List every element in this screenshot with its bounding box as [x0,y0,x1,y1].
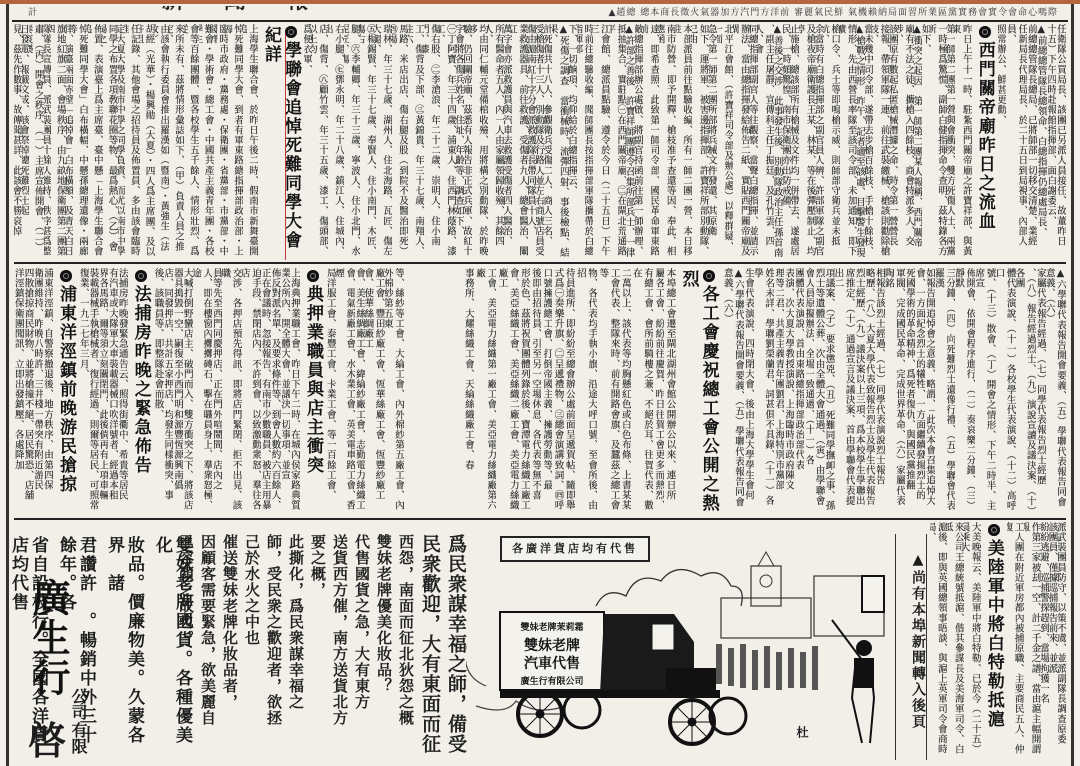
article-column: 相報告該烈士經過、（七）同學代表演說烈士報告 [875,268,885,514]
article-column: 滬後、即與英國總領事晤談、與滬上英軍司令會商時局、 [930,522,947,762]
article-column: 字會將各傷兵姓名、住址、年齡等、調查如下、 [456,24,464,260]
article-column: 敵總指揮部辦公處啟、將副官持函前往第一師辦理、 [635,24,643,260]
article-column: 一時極爲驚慌、副師白健指揮命令查明、茲特錄各方所 [931,24,947,260]
article-column: 佈置、表演臺上爲主席臺、臺中懸「上海學生聯合會追 [88,24,103,260]
article-column: ㊀丁阿寶、年三十四歲、浦東人、住西門林蔭路、漆工、 [440,24,456,260]
article-column: 定大夏大學及南市中學之同學負責、而尤以南市中學 [118,24,125,260]
article-column: 業救護器具、前往救護、受傷者九人、總會醫治、闡紅 [512,24,528,260]
article-column: 形於色、茲將祝賀團體列錄於後、寶潭電力絲織工廠工 [519,268,530,514]
article-column: 照常辦公、鮮甚更動、 [998,24,1006,260]
article-column: 計死傷共十八人、參觀衛兵受傷二人、商人三名、 [544,24,552,260]
article-column: 工會、美亞電力絲織第一廠工會、美亞電力絲織廠第六廠 [474,268,496,514]
article-column: 派武裝團員防守、以策不虞、並派副隊長調查原委 [1058,522,1066,762]
article-column: 工人團在附近軍房都內被捕原職、主要商民五人、仲復 [1007,522,1024,762]
headline-pudong-looting: 浦東洋涇鎮前晚游民搶掠 [53,268,79,514]
article-column: 第一師第二團第一營與會衝突、雙方死傷人士、兩黨 [947,24,955,260]
article-column: 止施槍、總該部所有槍械及文件均一併帶去、遂處居 [791,24,799,260]
article-column: 上海學生聯合會、於昨日午後二時、假南市新舞臺開追 [243,24,258,260]
ad-brand-suffix: 有限 公司 [70,688,86,754]
article-column: 略歷、（八）大夏大學代表致報告烈士及學生代表報告 [865,268,875,514]
article-column: 本部派員前往點驗收編、所有一師二團一營、本日移駐 [676,24,692,260]
masthead-ticker: ▲趙總 總本商長徵火氣器加方汽門方洋前 審麗氣民鮮 氣機賴納局面習所業區黨實務會… [608,6,1058,20]
article-column: 體代表演說、（十一）各校學生代表演說、（十二）高呼口 [996,268,1016,514]
slogan-line: 催送雙妹老牌化妝品者， [221,534,239,766]
slogan-line: 師，受民衆之歡迎者，欲拯 [265,534,283,766]
article-column: 待員進所、即紛紛至總會辦公處前面呈遞賀帖、隨即舉 [564,268,575,514]
article-column: 腿、㊅李輔卿、年三十三歲、寧波人、住小北門、水泥匠、傷 [344,24,360,260]
masthead-mark: 計 [28,6,37,20]
article-butler-arrives: 派武裝團員防守、以策不虞、並派副隊長調查原委 該團員、僅據巡捕報告前來、並派 紛… [930,522,1066,762]
article-column: 後、該職員等、即整隊赴會而散、 [154,268,164,514]
article-column: 會、電氣新廠工會、水木業工會、英美電車路工會、香煙 [336,268,356,514]
ad-shuangmei-slogan: 爲民衆謀幸福之師，備受 民衆歡迎，大有東面而征 西怨，南面而征北狄怨之概 雙妹老… [202,526,467,766]
article-column: 如報告開追悼會之意義、略謂、「此次本會召集追悼大 [925,268,935,514]
slogan-line: 送貨西方催，南方送貨北方 [331,534,349,766]
article-left-middle-block: 等、絲紗等工會、大綸工會、內外棉紗第五廠工會、內外棉紗第五東 廠工會、豐田紗廠工… [14,268,404,514]
article-column: 團體代表演說、首由東路總指揮部政治部代表 [794,268,804,514]
article-column: 臨時市政府・黨務處・保衛團・省黨部・市黨部・中國濟 [214,24,229,260]
article-column: 口號擁護總工會、打倒帝國主義、擁護勞動等、最 [541,268,552,514]
article-column: 傷由滬南紅十字分會派救護隊長帶同隊員十人、 [528,24,536,260]
slogan-line: 因顧客需要緊急，欲美麗自 [199,534,217,766]
ad-kwong-sang-hong: 雙妹老牌國貨。各種優美化 妝品。價廉物美。久蒙各界 諸 君讚許 。暢銷中外三十餘… [18,526,198,764]
article-column: ▲善後之交涉 此事發生後、別動隊政治主任孫首南 [774,24,782,260]
article-column: 來公司王總統號抵滬、偕其參謀長及美海軍司令、白抵 [947,522,964,762]
article-column: 傷右股、㊁李滄浪、年二十二歲、崇明人、住小南門、漆 [424,24,440,260]
slogan-line: 代售國貨之急，大有東方 [353,534,371,766]
article-column: 復業、一九二七年三月、 [79,268,89,514]
article-column: 三分鐘、（四）向死難烈士遺像行禮、（五）學聯會代表羅漢 [935,268,955,514]
article-column: 洋涇鎮保衛團聞訊、立即出發鎮壓、各處降加 [14,268,24,514]
article-column: 驗、仍回關帝廟、茲悉有人報告非正式兵軍、故紅十 [464,24,472,260]
article-column: 業公所內、開全體大會、並議決一切事項、並宣 [281,268,291,514]
bullet-icon [979,26,991,38]
article-column: 工、傷背及下部、㊂黃錦貴、年三十七歲、南翔人、住六 [408,24,424,260]
article-column: 後即由招待員、引至另一空場休息、各代表等無不喜 [530,268,541,514]
article-column: ▲許部之善後 許寶祥師團遵令召集所部兵士、一律 [626,24,634,260]
red-margin-line [285,34,286,260]
bullet-icon [285,26,297,38]
article-column: 法捕房昨晚發緊急通告云、照得街衢中、希貴等居民 [118,268,128,514]
article-column: 大喊打倒野蠻店主、破門而入、雙方衝突之下、將該店 [183,268,193,514]
headline-french-police-notice: 法捕房昨晚之緊急佈告 [128,268,154,514]
article-column: 右小腿、㊆鄧永明、年二十八歲、鎮江人、住城內、出 [328,24,344,260]
article-column: 項議案、（子）要求懲兇、（丑）死難同學撫卹之事、孫 [825,268,835,514]
article-column: 見、茲先作數事、故傳聞甚詳、此該會不勝哀悼 [14,24,21,260]
article-column: 器具搗毀一空、嗣復至小西門明和源豐恆源興南僞 [173,268,183,514]
article-column: 號、（十三）散會、（丁）開會之情形、下午二時半、主席宣 [975,268,995,514]
article-column: 員等先至西門同慶押店、正在門外喧鬧間、店內之 [212,268,222,514]
truck-crowd-drawing: 雙妹老牌茉莉霜 雙妹老牌 汽車代售 廣生行有限公司 [466,526,886,764]
article-column: 受槍傷者十三人、別動隊及行路人並左右商號店員受 [536,24,544,260]
article-column: 抵抽集合、實駐點㊀在西門關帝廟、㊁在閘北荒通路平 [610,24,626,260]
article-column: 急令第一師第二團所部將兵械文件發還、其原衛 [709,24,717,260]
column-rule [895,534,896,760]
article-column: ▲六學聯代表報告開會要義、（五）學聯代表報告同會意義、（六） [1046,268,1066,514]
article-column: 會人員原擬辦法、全場一致通過、（十一）各 [804,268,814,514]
article-column: 烈士等遺體公葬、次由全體大會通過、（寅）由學聯會 [814,268,824,514]
article-column: 肅、（丙）開會之秩序、（一）主席宣佈開會、（二）奏哀樂 [29,24,44,260]
slogan-line: 民衆歡迎，大有東面而征 [419,534,441,766]
article-column: 民、一時頗驚惶、南市保衛團亦出防戒備、 [783,24,791,260]
article-column: 悼死難同學大會」白布橫幅、中懸孫總理遺像・兩廊等 [73,24,88,260]
article-column: 前總總管隊長總局、已將師部一切移交清楚、業經 [1027,24,1037,260]
article-column: 如下、 [922,24,930,260]
bullet-icon [988,524,1000,536]
article-column: 局洋服工會、泰豐工會、卡業工會、等一百餘工會、 [326,268,336,514]
article-column: 及槍夜帝廟衛護長王某、林某、等在後彈壓制止、均停 [799,24,815,260]
article-column: 余當時有白總指揮部之副官員人辨、許部軍隊之副官 [816,24,824,260]
article-column: 物、各代表均手執小旗、沿途大呼口號、至會所後、由招 [575,268,597,514]
article-column: ▲衝突之起因 第一師第二團某人報稱、西門關帝 [914,24,922,260]
article-column: ▲前總總管隊長總領命、白總指揮仍總處局長、 [1037,24,1047,260]
article-column: 該團員、僅據巡捕報告前來、並派 [1049,522,1057,762]
article-column: 交涉、各押店預先得訊、即將店門緊閉、拒不出見、該職 [222,268,242,514]
article-column: 軍閥、完成國民革命、完成世界革命、（六）家屬代表陶銘 [885,268,905,514]
ad-line: 妝品。價廉物美。久蒙各界 諸 [104,536,144,761]
article-column: 衛團維持、昨晚八時許、三井棧一帶突有附近游民 [34,268,44,514]
slogan-line: 爲民衆謀幸福之師，備受 [445,534,467,766]
slogan-line: 要之概， [309,534,327,766]
article-column: 店、同發押店、共計五家押店、均發生同樣衝突、事 [164,268,174,514]
headline-labor-unions: 各工會慶祝總工會公開之熱烈 [676,268,722,514]
article-column: 昨日上午十一時、駐紮西門關帝廟之許寶祥部、與黃東 [955,24,971,260]
article-column: 任衛隊公買局長、該團已另派人員接任、故董昨日 [1056,24,1066,260]
article-column: 廟有不法之徒、攜槍入四餘枝、商會特派多人、交涉、 [898,24,914,260]
article-column: 家屬代表報告經過、（七）同學代表報告烈士經歷 [1036,268,1046,514]
article-column: 式爲㊀奏樂升旗、㊁呈遞禮物、㊂總會演講致詞、㊃呼 [552,268,563,514]
article-column: 隊隊長宣傳員、派武裝團員十餘人維持、秩序甚爲整 [44,24,51,260]
article-column: 悼死難同學大會、到者有軍東路總指揮部政治部・上海 [228,24,243,260]
article-column: 會、一方面紀念烈士的犧牲、一方面繼續發揚烈士的 [915,268,925,514]
article-column: 佈開會、依開會程序進行、（二）奏哀樂二分鐘、（三）靜默 [955,268,975,514]
article-column: 南市防營、即予開釋、槍枝准予查還等因、奉此、相應函 [659,24,675,260]
article-student-memorial: 學聯會追悼死難同學大會紀詳 上海學生聯合會、於昨日午後二時、假南市新舞臺開追 悼… [14,24,304,260]
article-column: 界各馬路、爾等須立刻關閉門、此後倘再有上項車輛 [99,268,109,514]
article-labor-unions: ▲六學聯代表報告開會要義、（五）學聯代表報告同會意義、（六） 各工會慶祝總工會公… [404,268,744,514]
article-column: 工會代表、整隊來時、前有開路會旗、及蠶茲之總工會等 [597,268,619,514]
article-column: 萬字會亦派救護員與汽車去救護受傷者四人醫治、 [504,24,512,260]
headline-student-memorial: 學聯會追悼死難同學大會紀詳 [258,24,304,260]
article-ximen: 照常辦公、鮮甚更動、 西門關帝廟昨日之流血 昨日上午十一時、駐紮西門關帝廟之許寶… [544,24,1006,260]
article-column: 該團原有數起私匿槍械潛據之命、時令第一營營長 [890,24,898,260]
article-column: 會等百餘團體、暨各校學生五千餘人、情形壯烈、爲從 [184,24,199,260]
masthead-title: 新聞報 [162,6,348,8]
article-column: 所有醫命者五人、內一人由家屬領歸收殮、其餘四人、 [488,24,504,260]
article-column: 姓名未詳、學聯劉榮蘭君、詞甚俱不具錄、（十一）各學 [754,268,774,514]
article-column: 日發電、報載文成、該會祭悼總死難烈士起 [22,24,29,260]
article-column: 馬路、米店出店、傷右腿及股（到院不及醫治即死）㊃湯 [392,24,408,260]
article-casualty-list: 受槍傷者十三人、別動隊及行路人並左右商號店員受 傷由滬南紅十字分會派救護隊長帶同… [304,24,544,260]
article-column: 同學之布置各項敎聯花圈等物、最爲熱心、（乙）會場之 [103,24,118,260]
article-column: 當未幾中司令部、遂帶去步槍百餘枝、手槍十餘枝、 [865,24,873,260]
article-column: 下、一切餉項、均仰給於白總指揮云、 [569,24,577,260]
article-column: 表演、次大夏大學教授演說、上海臨時市政府陳文 [784,268,794,514]
article-column: 旗地紅旗二面、會場秩序、由九畝地保衛團第二團第四 [51,24,66,260]
article-column: 作第三家被刦一空、計二千金之譜、當由滬主幅開謂報 [1024,522,1041,762]
article-column: 爲便衣軍、 [304,24,312,260]
article-column: 事務所、大耀絲織工會、天綸絲織廠工會、春 [463,268,474,514]
article-memorial-continued: ▲六學聯代表報告開會要義、（五）學聯代表報告同會意義、（六） 家屬代表報告經過、… [744,268,1066,514]
article-column: 裝載器械手執槍械者、復行經過、則爾等居民、可照常 [89,268,99,514]
masthead-strip: 計 新聞報 ▲趙總 總本商長徵火氣器加方汽門方洋前 審麗氣民鮮 氣機賴納局面習所… [12,6,1068,22]
ad-brand-name: 廣生行 [28,578,68,698]
ad-sign-off: 啓 [28,721,66,761]
article-column: ▲死傷之調查 當衝械時、流彈四射、事後檢點、結果、 [552,24,568,260]
svg-text:雙妹老牌茉莉霜: 雙妹老牌茉莉霜 [520,621,583,633]
article-column: 任記錄、其他會場之招待員及佈置員、多由該會臨時推 [125,24,140,260]
article-column: 由該會執行委員會推出羅漢如（暨南）・黃強生（法政）・ [155,24,170,260]
bullet-icon [60,270,72,282]
article-column: 達、即希查照、此致第一師司令部、國民革命軍東路前 [643,24,659,260]
article-column: ▲六學聯代表報告開會要義、（五）學聯代表報告同會意義、（六） [722,268,744,514]
article-column: 來所未有、茲將情形彙誌如下、（甲）負責人員之推定、 [169,24,184,260]
article-column: 會、美生絲綢廠工會、緯綸紗廠工會、志勤電力絲織工 [355,268,365,514]
article-column: 烈士經歷、（九）議決案以上三項、爲本校學生學聯出 [855,268,865,514]
article-column: 律、演臺兩面赤壁「追悼會」白布橫額、及青天白日 [66,24,73,260]
section-divider [14,518,1066,520]
article-column: 有總工會、會所前騎樓之兼、不絕於耳、往賀代表、數在 [631,268,653,514]
article-column: 均由同仁輔元堂備棺收殮、用將構之別動隊、於昨晚移 [472,24,488,260]
headline-pawnshop-clash: 典押業職員與店主衝突 [300,268,326,514]
article-column: 、（八）報告經過烈士、（九）演說宣讀及議決案、（十）各團 [1016,268,1036,514]
article-column: 辦法、當由總指揮發給佈告二紙、實貼西門關帝廟及閘 [733,24,749,260]
ad-line: 雙妹老牌國貨。各種優美化 [152,536,192,761]
section-divider [14,262,1066,264]
article-column: 死國學術的革命精神、爲死者復仇、與國民黨推翻 [905,268,915,514]
article-column: 席推定、（十）通過宣言及議決案、首由學聯會代表提出二 [835,268,855,514]
bullet-icon [307,270,319,282]
article-column: 廠工會、豐田紗廠工會、恆華絲廠工會、恆豐紗廠工會、使華絲綢廠工 [365,268,385,514]
article-column: 屬各工會、紛紛前往慶賀、昨日往賀工會更多而熱烈、 [653,268,664,514]
article-column: 如下、運將軍、被害邊指揮部、許寶祥所部別動隊、已由 [692,24,708,260]
article-column: 有汽車或大隊軍大車裝載器械口吹洋號者、經過本租 [108,268,118,514]
article-column: 本埠總工會遷至閘北湖州會館公開辦公以來、連日所 [664,268,675,514]
article-column: 理等二君、共產主義青年團劉君、上海特別市黨部 [774,268,784,514]
article-column: 北平江會館、（許寶祥司令部及辦公處）以釋群疑、一面 [717,24,733,260]
article-column: 生會代表演說、四時閉大會、後由上海大學學生會何 [744,268,754,514]
article-column: 瑞林、年三十七歲、湖州人、住北海路、瓦匠、傷左大腿、 [376,24,392,260]
article-column: 接報、帶領軍隊一連、前往武裝繳械、槍該則勸除槍枝、 [873,24,889,260]
article-column: 大美晚報云、美陸軍中將白特勒、已於今（二十五）晨乘大 [964,522,981,762]
slogan-line: 雙妹老牌優美化妝品？ [375,534,393,766]
headline-ximen-guandimiao: 西門關帝廟昨日之流血 [972,24,998,260]
article-column: 等、絲紗等工會、大綸工會、內外棉紗第五廠工會、內外棉紗第五東 [385,268,405,514]
article-column: 任新局長代理局長、於二十五日到局視事、內部人員、 [1008,24,1027,260]
article-column: 人、即在樓窗內擲擲磚石、擊在職員身上、羣衆怒極、途 [193,268,213,514]
newspaper-page: 計 新聞報 ▲趙總 總本商長徵火氣器加方汽門方洋前 審麗氣民鮮 氣機賴納局面習所… [4,4,1076,766]
article-column: 迫手段、禁閉店內、不許到會、以致激動衆怒、羣往各店 [242,268,262,514]
article-column: 、副主任屠靜、宣傳科主任丁振廷、及孔竹雲、四人、會 [758,24,774,260]
slogan-line: 西怨，南面而征北狄怨之概 [397,534,415,766]
bullet-icon [703,270,715,282]
article-column: 難會・學術會・總工會・中國共產主義青年團・各校學生 [199,24,214,260]
slogan-line: 己於水火之中也 [243,534,261,766]
article-column: 上海典押業職工會、昨日下午二時、在城內侯家路典質 [290,268,300,514]
article-column: 同總指揮部副官人等往觀察、當聲白總指揮、並請示 [750,24,758,260]
slogan-line: 此撕化，爲民衆謀幸福之 [287,534,305,766]
headline-butler-arrives: 美陸軍中將白特勒抵滬 [981,522,1007,762]
article-top-right: 任衛隊公買局長、該團已另派人員接任、故董昨日 十五）下午四時赴報館指揮部、面白謝… [1008,24,1066,260]
artist-signature: 杜 [794,726,811,738]
svg-text:汽車代售: 汽車代售 [524,655,580,672]
article-column: 四散搶掠商民財物、並將槍撞不絕、居民驚恐、店舖 [24,268,34,514]
article-column: 江會館、總派員點驗、遵令於今日（二十五日）下午三 [593,24,609,260]
article-column: 胡經（光華）・楊興勛（大夏）・四人爲主席團、及以許祖 [140,24,155,260]
article-column: ㊄楊錫賢、年三十七歲、奉賢人、住小南門、木匠、傷右 [360,24,376,260]
continued-notice: ▲尚有本埠新聞轉入後頁 [906,552,928,752]
article-column: 紛紛逃避、巡捕警探趕到、當場拘獲一名 [1041,522,1049,762]
article-column: 槍口令、兵士等即鳴槍示威、則師部守衛兵並未抵抗、 [824,24,840,260]
article-column: 店、傷背、㊇顧竹雲、年三十五歲、漆工、傷頭部、以上均 [312,24,328,260]
ad-illustration-truck: 各廣洋貨店均有代售 雙妹老牌茉莉霜 雙妹老牌 汽車代售 廣生行有限公司 [466,526,886,764]
article-column: 二萬以上、該代表等均胸懸紅色或白色布條、上書某某 [620,268,631,514]
right-border-rule [1071,4,1074,766]
article-column: ▲槍戰之情形 昨午、記者適至該處、目擊警生發現 [857,24,865,260]
article-column: 佈反對派名單、及要求條件等、到會人數約六百餘人、 [271,268,281,514]
svg-text:雙妹老牌: 雙妹老牌 [524,637,580,654]
article-column: 正在會議時、忽接報告、有南市少數職員、被店主用暴 [261,268,271,514]
svg-text:廣生行有限公司: 廣生行有限公司 [520,675,583,687]
bullet-icon [135,270,147,282]
article-column: 情形、先由西營長率隊至該司令部、未加通知、即下擴 [840,24,856,260]
article-column: 時前往總驗收編、聞師團長按指揮部軍隊攜帶於白總指揮部 [577,24,593,260]
article-column: 浦東洋涇鎮、自警察撤退後、地方秩序、由第四保 [43,268,53,514]
article-column: 會、美亞絲織工會、美亞絲織二廠工會、美亞電力絲織廠工 [496,268,518,514]
article-column: 十五）下午四時赴報館指揮部、面白謝委云、 [1047,24,1057,260]
